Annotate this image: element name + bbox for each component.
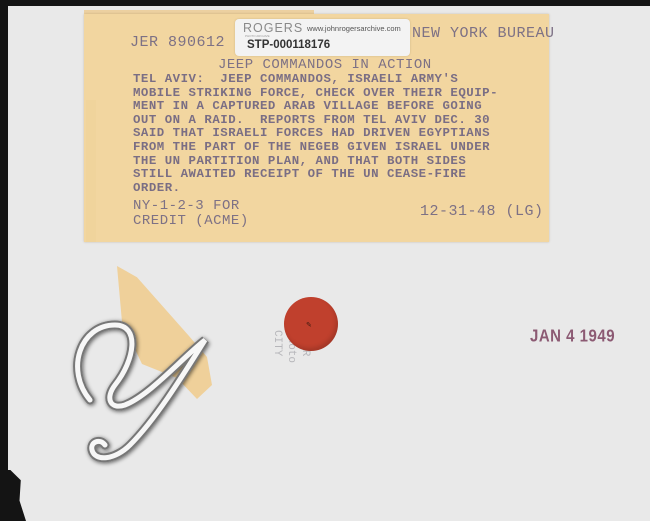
archive-brand: ROGERS [243,21,303,35]
caption-date: 12-31-48 (LG) [420,203,544,220]
received-date-stamp: JAN 4 1949 [530,327,615,347]
caption-headline: JEEP COMMANDOS IN ACTION [218,57,432,73]
caption-body: TEL AVIV: JEEP COMMANDOS, ISRAELI ARMY'S… [133,73,498,195]
pencil-mark: ✎ [306,321,312,329]
reference-code: JER 890612 [130,34,225,51]
caption-slip-edge [86,100,96,242]
bureau-name: NEW YORK BUREAU [412,25,555,42]
archive-brand-sub: PHOTO ARCHIVE [245,34,270,38]
archive-id: STP-000118176 [247,39,330,51]
red-dot-sticker: ✎ [284,297,338,351]
credit-line: NY-1-2-3 FOR CREDIT (ACME) [133,199,249,229]
archive-url: www.johnrogersarchive.com [307,24,401,33]
archive-label: ROGERS PHOTO ARCHIVE www.johnrogersarchi… [235,19,410,56]
watermark-y-icon [60,310,260,470]
